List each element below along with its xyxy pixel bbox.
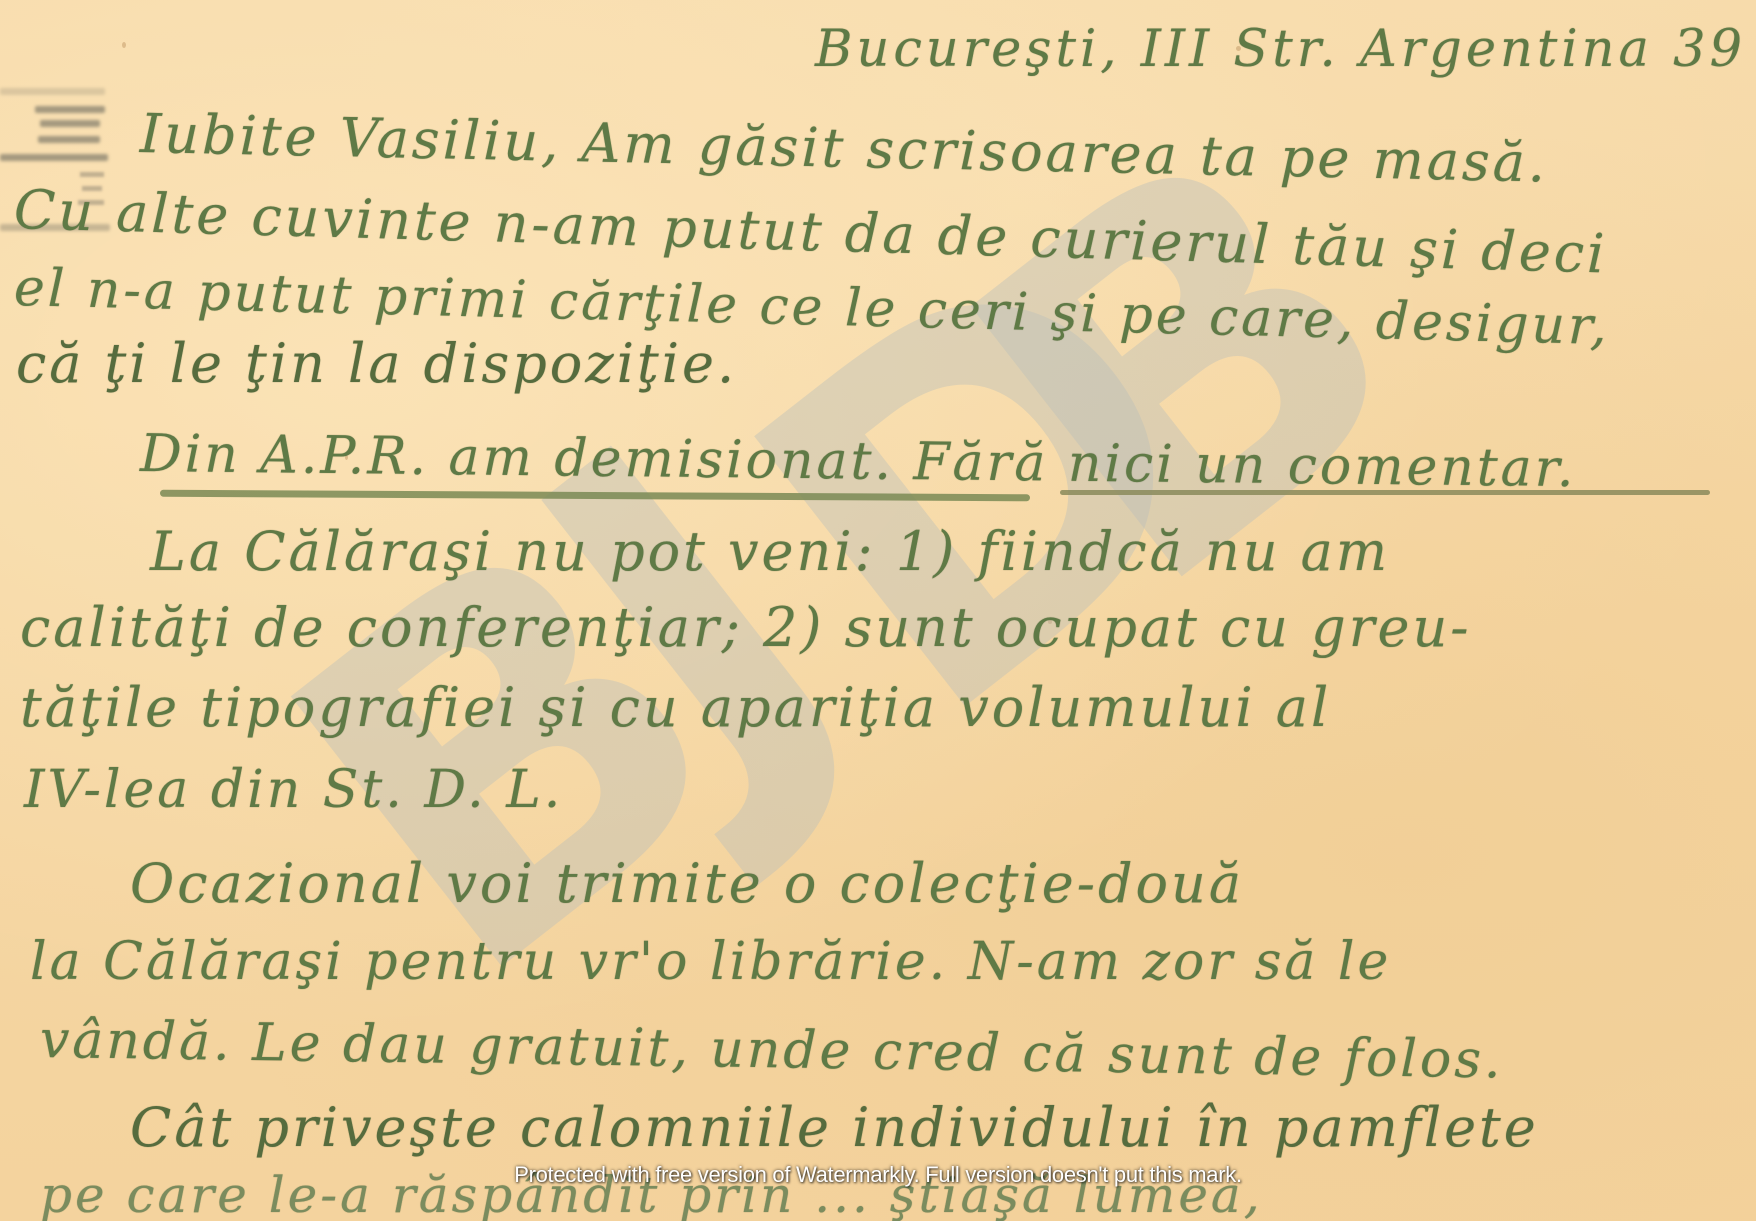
underline-no-comment — [1060, 490, 1710, 495]
letter-line-11: la Călăraşi pentru vr'o librărie. N-am z… — [30, 932, 1391, 992]
paper-speck — [122, 42, 126, 48]
letter-line-7: calităţi de conferenţiar; 2) sunt ocupat… — [20, 596, 1472, 659]
letter-line-9: IV-lea din St. D. L. — [24, 760, 563, 820]
letter-line-6: La Călăraşi nu pot veni: 1) fiindcă nu a… — [150, 520, 1390, 583]
sender-address: Bucureşti, III Str. Argentina 39 — [815, 20, 1746, 79]
watermark-banner: Protected with free version of Watermark… — [0, 1162, 1756, 1188]
letter-line-13: Cât priveşte calomniile individului în p… — [130, 1096, 1539, 1159]
letter-line-8: tăţile tipografiei şi cu apariţia volumu… — [20, 676, 1331, 739]
letter-line-10: Ocazional voi trimite o colecţie-două — [130, 852, 1244, 915]
letter-line-4: că ţi le ţin la dispoziţie. — [16, 332, 737, 395]
